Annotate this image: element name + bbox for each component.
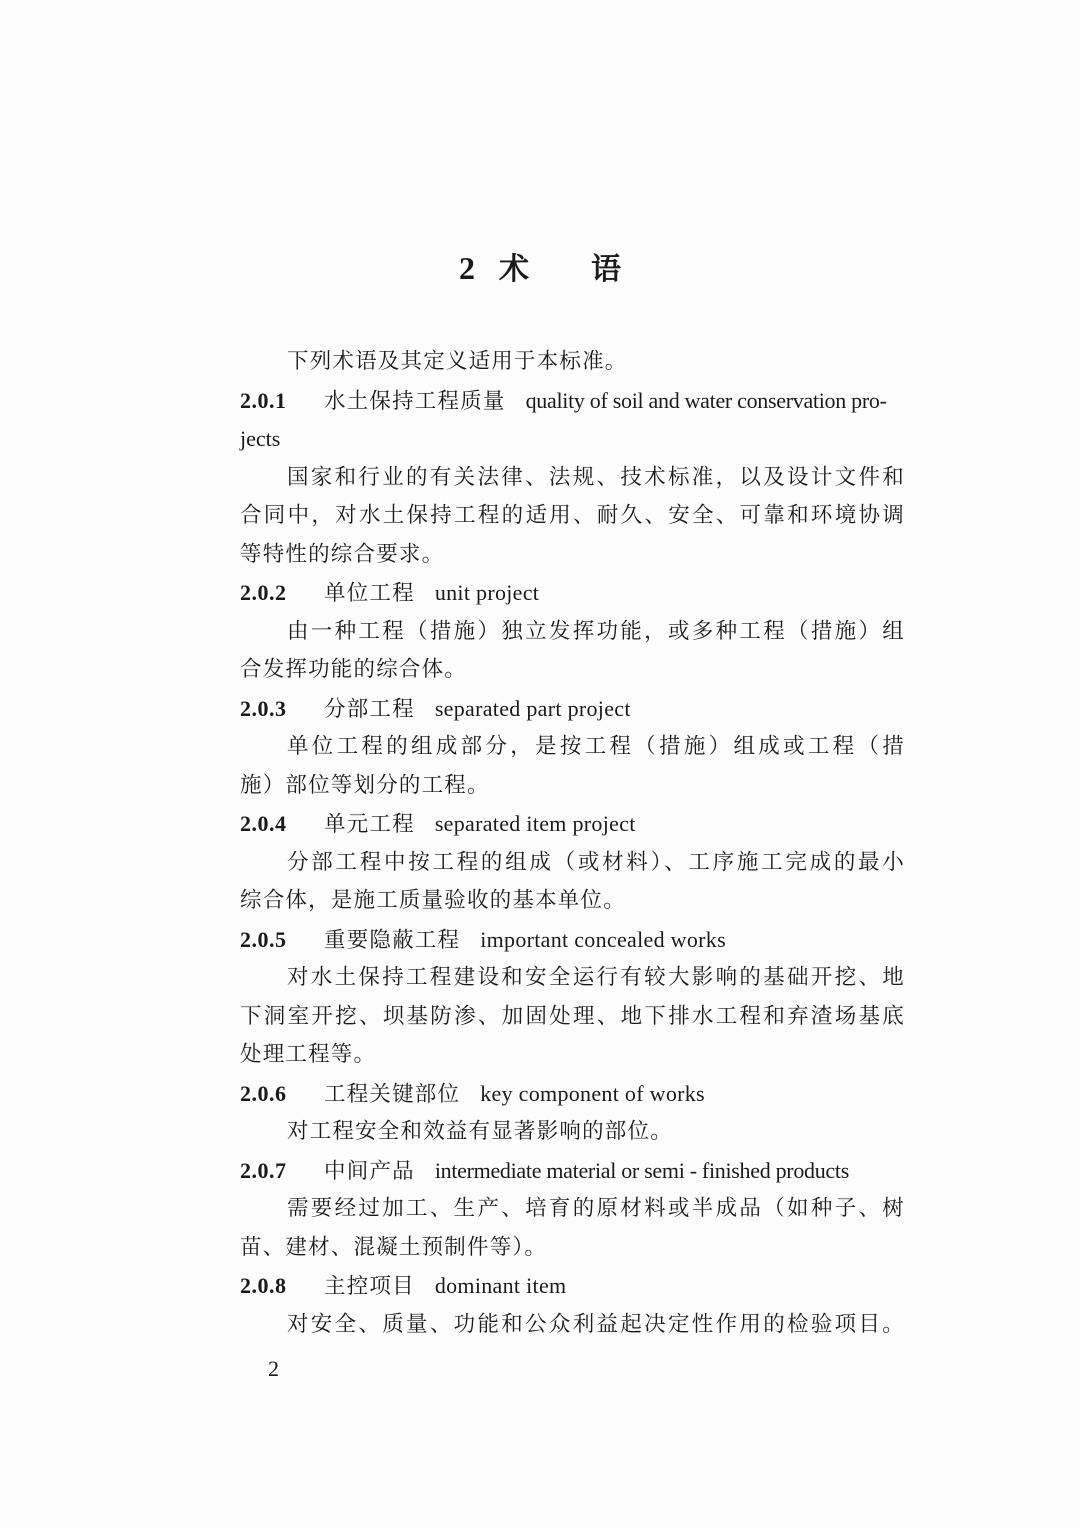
definition-line: 合同中，对水土保持工程的适用、耐久、安全、可靠和环境协调 [240, 497, 905, 535]
term-chinese: 单位工程 [324, 575, 415, 613]
definition-line: 苗、建材、混凝土预制件等）。 [240, 1229, 905, 1267]
term-2-0-6: 2.0.6 工程关键部位 key component of works [240, 1075, 905, 1113]
definition-line: 单位工程的组成部分，是按工程（措施）组成或工程（措 [287, 728, 905, 766]
definition-line: 处理工程等。 [240, 1036, 905, 1074]
term-chinese: 重要隐蔽工程 [324, 922, 460, 960]
chapter-title-part2: 语 [591, 252, 621, 287]
definition-line: 需要经过加工、生产、培育的原材料或半成品（如种子、树 [287, 1190, 905, 1228]
term-number: 2.0.8 [240, 1267, 324, 1305]
term-number: 2.0.5 [240, 921, 324, 959]
term-english: important concealed works [480, 921, 726, 959]
chapter-number: 2 [459, 250, 475, 286]
term-chinese: 工程关键部位 [324, 1076, 460, 1114]
term-number: 2.0.4 [240, 805, 324, 843]
term-english: dominant item [435, 1267, 567, 1305]
definition-line: 由一种工程（措施）独立发挥功能，或多种工程（措施）组 [287, 613, 905, 651]
term-2-0-3: 2.0.3 分部工程 separated part project [240, 690, 905, 728]
definition-line: 施）部位等划分的工程。 [240, 767, 905, 805]
term-number: 2.0.2 [240, 574, 324, 612]
page-number: 2 [268, 1356, 279, 1382]
term-number: 2.0.7 [240, 1152, 324, 1190]
term-2-0-5: 2.0.5 重要隐蔽工程 important concealed works [240, 921, 905, 959]
term-chinese: 主控项目 [324, 1268, 415, 1306]
term-2-0-2: 2.0.2 单位工程 unit project [240, 574, 905, 612]
definition-line: 综合体，是施工质量验收的基本单位。 [240, 882, 905, 920]
definition-line: 合发挥功能的综合体。 [240, 651, 905, 689]
definition-line: 对安全、质量、功能和公众利益起决定性作用的检验项目。 [287, 1306, 905, 1344]
term-2-0-1: 2.0.1 水土保持工程质量 quality of soil and water… [240, 382, 905, 420]
term-chinese: 水土保持工程质量 [324, 383, 506, 421]
term-2-0-7: 2.0.7 中间产品 intermediate material or semi… [240, 1152, 905, 1190]
term-number: 2.0.1 [240, 382, 324, 420]
definition-line: 对工程安全和效益有显著影响的部位。 [287, 1113, 905, 1151]
term-chinese: 分部工程 [324, 691, 415, 729]
term-english: key component of works [480, 1075, 705, 1113]
definition-line: 国家和行业的有关法律、法规、技术标准，以及设计文件和 [287, 459, 905, 497]
definition-line: 下洞室开挖、坝基防渗、加固处理、地下排水工程和弃渣场基底 [240, 998, 905, 1036]
term-number: 2.0.6 [240, 1075, 324, 1113]
term-chinese: 单元工程 [324, 806, 415, 844]
term-chinese: 中间产品 [324, 1153, 415, 1191]
definition-line: 等特性的综合要求。 [240, 536, 905, 574]
term-english: unit project [435, 574, 539, 612]
term-2-0-8: 2.0.8 主控项目 dominant item [240, 1267, 905, 1305]
term-english: intermediate material or semi - finished… [435, 1152, 849, 1190]
term-2-0-4: 2.0.4 单元工程 separated item project [240, 805, 905, 843]
definition-line: 对水土保持工程建设和安全运行有较大影响的基础开挖、地 [287, 959, 905, 997]
term-number: 2.0.3 [240, 690, 324, 728]
term-english-continued: jects [240, 420, 280, 458]
intro-paragraph: 下列术语及其定义适用于本标准。 [287, 343, 905, 381]
term-english: separated item project [435, 805, 636, 843]
chapter-heading: 2术语 [0, 244, 1080, 288]
term-english: separated part project [435, 690, 631, 728]
term-english: quality of soil and water conservation p… [526, 382, 887, 420]
document-page: 2术语 下列术语及其定义适用于本标准。 2.0.1 水土保持工程质量 quali… [0, 0, 1080, 1527]
chapter-title-part1: 术 [499, 252, 529, 287]
definition-line: 分部工程中按工程的组成（或材料）、工序施工完成的最小 [287, 844, 905, 882]
